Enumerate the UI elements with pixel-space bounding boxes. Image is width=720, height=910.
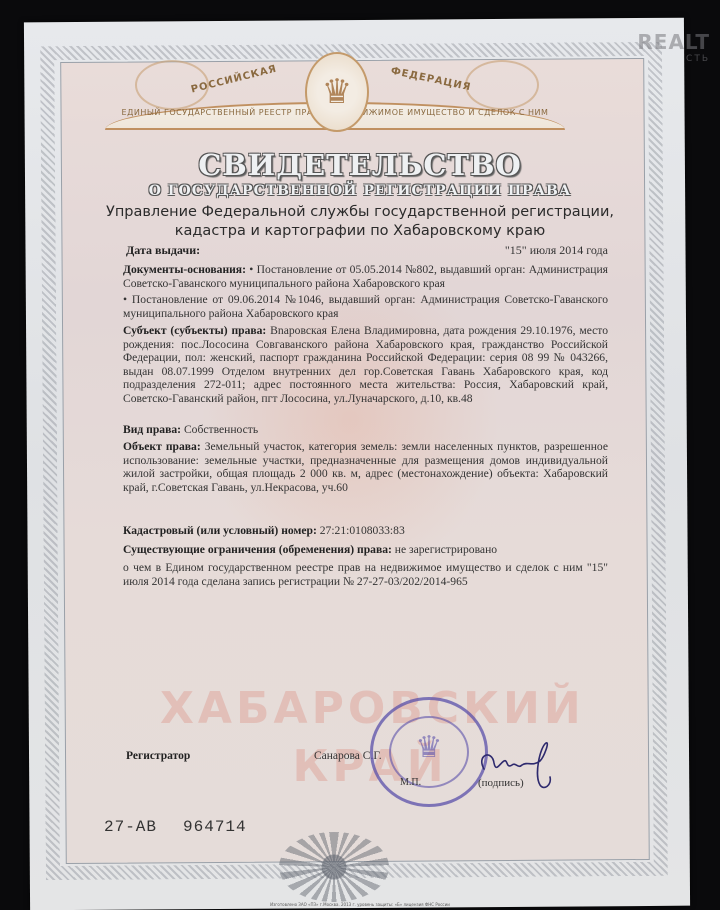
registry-record: о чем в Едином государственном реестре п… xyxy=(123,561,608,588)
object-of-right: Объект права: Земельный участок, категор… xyxy=(123,440,608,494)
header-ribbon: ЕДИНЫЙ ГОСУДАРСТВЕННЫЙ РЕЕСТР ПРАВ НА НЕ… xyxy=(95,52,575,142)
subject-label: Субъект (субъекты) права: xyxy=(123,324,266,337)
basis-documents-label: Документы-основания: xyxy=(123,263,246,276)
basis-documents: Документы-основания: • Постановление от … xyxy=(123,263,608,290)
watermark-brand: REALT xyxy=(637,30,710,54)
printer-note: Изготовлено ЗАО «ПЗ» г.Москва. 2013 г. у… xyxy=(0,902,720,907)
registry-record-text: о чем в Едином государственном реестре п… xyxy=(123,561,608,588)
restrictions-value: не зарегистрировано xyxy=(395,543,497,556)
seal-mark-label: М.П. xyxy=(400,777,421,788)
authority-line1: Управление Федеральной службы государств… xyxy=(0,203,720,222)
serial-number: 964714 xyxy=(183,818,247,836)
right-type-label: Вид права: xyxy=(123,423,181,436)
object-label: Объект права: xyxy=(123,440,201,453)
signature-label: (подпись) xyxy=(478,777,524,789)
site-watermark: REALT СТЬ xyxy=(637,30,710,64)
certificate-title: СВИДЕТЕЛЬСТВО xyxy=(0,148,720,182)
issue-date-label: Дата выдачи: xyxy=(126,243,200,257)
seal-eagle-icon: ♛ xyxy=(373,730,485,765)
cadastral-label: Кадастровый (или условный) номер: xyxy=(123,524,317,537)
issue-date-row: Дата выдачи: "15" июля 2014 года xyxy=(126,243,608,258)
serial-series: 27-АВ xyxy=(104,818,157,836)
right-type: Вид права: Собственность xyxy=(123,423,608,437)
issue-date-value: "15" июля 2014 года xyxy=(505,243,608,258)
form-serial-number: 27-АВ964714 xyxy=(104,818,247,836)
ribbon-right-text: ФЕДЕРАЦИЯ xyxy=(390,66,472,94)
basis-document-2-block: • Постановление от 09.06.2014 №1046, выд… xyxy=(123,293,608,320)
authority-line2: кадастра и картографии по Хабаровскому к… xyxy=(0,222,720,241)
ornament-swirl-right-icon xyxy=(465,60,539,110)
issuing-authority: Управление Федеральной службы государств… xyxy=(0,203,720,241)
restrictions: Существующие ограничения (обременения) п… xyxy=(123,543,608,557)
security-rosette-icon xyxy=(279,832,389,902)
cadastral-number: Кадастровый (или условный) номер: 27:21:… xyxy=(123,524,608,538)
watermark-tagline: СТЬ xyxy=(637,54,710,64)
certificate-subtitle: О ГОСУДАРСТВЕННОЙ РЕГИСТРАЦИИ ПРАВА xyxy=(0,183,720,199)
subject-of-right: Субъект (субъекты) права: Вnaровская Еле… xyxy=(123,324,608,406)
double-headed-eagle-icon: ♛ xyxy=(305,52,369,132)
right-type-value: Собственность xyxy=(184,423,258,436)
region-watermark-line1: ХАБАРОВСКИЙ xyxy=(160,680,580,738)
restrictions-label: Существующие ограничения (обременения) п… xyxy=(123,543,392,556)
registrar-label: Регистратор xyxy=(126,750,190,762)
cadastral-value: 27:21:0108033:83 xyxy=(320,524,405,537)
basis-document-2: • Постановление от 09.06.2014 №1046, выд… xyxy=(123,293,608,320)
